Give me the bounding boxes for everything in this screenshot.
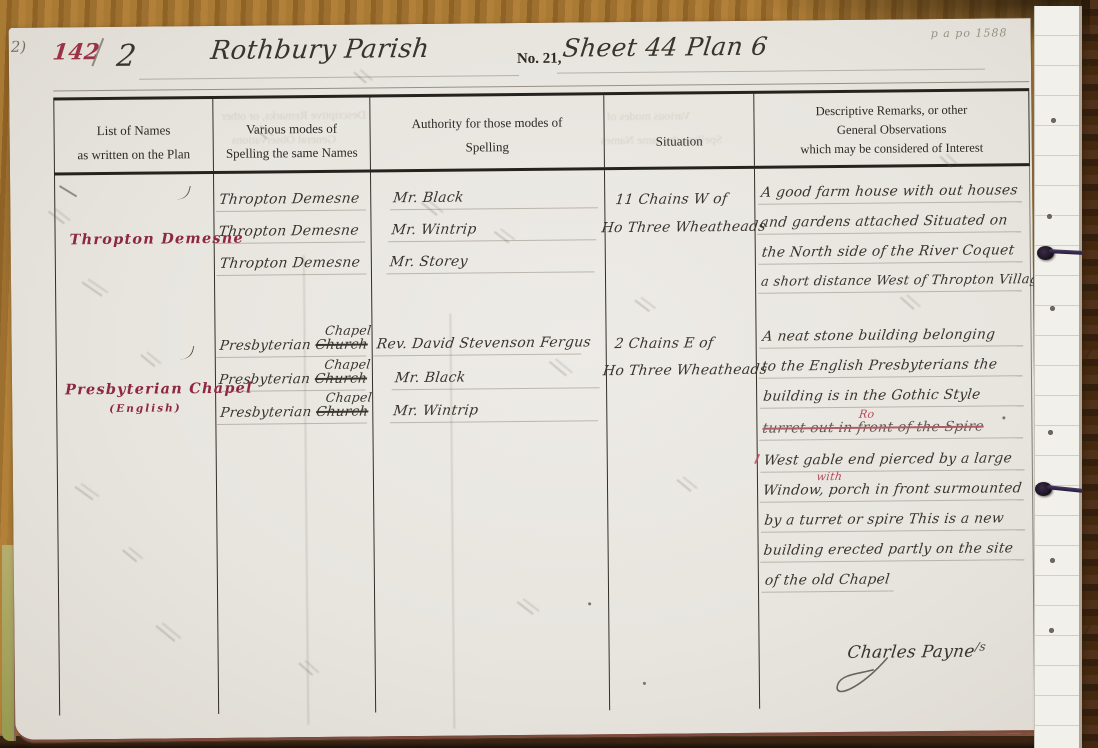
- binding-hole: [1047, 214, 1052, 219]
- remark-line: and gardens attached Situated on: [760, 212, 1009, 230]
- remark-line: Window, porch in front surmounted: [762, 480, 1023, 499]
- ink-speck: [588, 602, 591, 605]
- authority-entry: Mr. Black: [392, 190, 464, 207]
- ink-speck: [878, 653, 881, 656]
- signature-flourish: [830, 655, 910, 702]
- insertion-word: Ro: [858, 408, 875, 421]
- page-number-pencil: 2): [11, 38, 27, 56]
- remarks-column: A good farm house with out houses and ga…: [755, 166, 1035, 709]
- names-column: Thropton Demesne Presbyterian Chapel (En…: [54, 174, 219, 716]
- correction-word: Chapel: [325, 389, 373, 404]
- spelling-entry: Thropton Demesne: [219, 255, 361, 272]
- hook-arrow: [177, 343, 194, 362]
- header-baseline-rule: [139, 75, 519, 80]
- binding-hole: [1049, 628, 1054, 633]
- spelling-entry: Presbyterian: [219, 337, 312, 354]
- remark-line: the North side of the River Coquet: [761, 242, 1015, 260]
- binding-hole: [1050, 558, 1055, 563]
- situation-entry: 11 Chains W of: [614, 191, 728, 208]
- spelling-entry: Presbyterian: [218, 371, 311, 388]
- binding-hole: [1048, 430, 1053, 435]
- column-header-names: List of Names as written on the Plan: [53, 99, 214, 173]
- authority-column: Mr. Black Mr. Wintrip Mr. Storey Rev. Da…: [371, 170, 610, 712]
- struck-word: Church: [315, 336, 369, 353]
- name-book-table: List of Names as written on the Plan Var…: [53, 88, 1035, 715]
- remark-line: by a turret or spire This is a new: [763, 510, 1004, 528]
- binding-strip: [1034, 6, 1082, 748]
- insertion-word: with: [816, 470, 843, 483]
- binding-thread: [1047, 485, 1083, 493]
- binding-hole: [1050, 306, 1055, 311]
- spelling-column: Thropton Demesne Thropton Demesne Thropt…: [214, 172, 376, 713]
- sheet-baseline-rule: [557, 69, 985, 74]
- parish-title: Rothbury Parish: [209, 34, 431, 66]
- column-header-spelling: Various modes of Spelling the same Names…: [213, 97, 371, 171]
- situation-entry: 2 Chains E of: [614, 335, 715, 352]
- scan-photo-background: { "page_header": { "corner_note": "2)", …: [0, 0, 1098, 748]
- situation-column: 11 Chains W of Ho Three Wheatheads 2 Cha…: [605, 169, 760, 710]
- authority-entry: Mr. Black: [394, 370, 466, 387]
- signature-suffix: /s: [974, 640, 986, 654]
- correction-word: Chapel: [324, 322, 372, 337]
- struck-word: Church: [314, 371, 368, 388]
- column-header-situation: Situation Various modes of Spelling the …: [604, 94, 755, 167]
- remark-line: to the English Presbyterians the: [761, 356, 998, 374]
- remark-line: West gable end pierced by a large: [763, 450, 1013, 468]
- survey-pencil-note: p a po 1588: [931, 26, 1008, 40]
- table-header-row: List of Names as written on the Plan Var…: [53, 88, 1030, 175]
- table-body: Thropton Demesne Presbyterian Chapel (En…: [54, 166, 1035, 715]
- spelling-entry: Thropton Demesne: [218, 191, 360, 208]
- ditto-flourish: 2: [115, 39, 138, 74]
- place-name-note: (English): [109, 402, 182, 415]
- remark-line: building erected partly on the site: [763, 540, 1014, 558]
- correction-word: Chapel: [324, 356, 372, 371]
- remark-line: A neat stone building belonging: [762, 326, 996, 344]
- hook-arrow: [174, 183, 191, 202]
- authority-entry: Mr. Storey: [389, 254, 469, 271]
- remark-line: of the old Chapel: [764, 571, 891, 588]
- struck-word: Church: [315, 403, 369, 420]
- situation-entry: Ho Three Wheatheads: [602, 362, 768, 380]
- ink-speck: [1002, 416, 1005, 419]
- sheet-plan-entry: Sheet 44 Plan 6: [561, 32, 769, 63]
- column-header-remarks: Descriptive Remarks, or other General Ob…: [754, 91, 1030, 166]
- situation-entry: Ho Three Wheatheads: [601, 219, 767, 237]
- authority-entry: Mr. Wintrip: [391, 221, 478, 238]
- authority-entry: Mr. Wintrip: [392, 402, 479, 419]
- column-header-authority: Authority for those modes of Spelling: [370, 95, 605, 169]
- remark-line: building is in the Gothic Style: [762, 387, 981, 405]
- form-number-label: No. 21,: [517, 51, 562, 68]
- remark-line: A good farm house with out houses: [760, 182, 1018, 200]
- pencil-slash: [59, 185, 77, 197]
- spelling-entry: Thropton Demesne: [218, 223, 360, 240]
- binding-thread: [1049, 249, 1083, 255]
- remark-line: a short distance West of Thropton Villag…: [760, 272, 1047, 290]
- ink-speck: [643, 682, 646, 685]
- authority-entry: Rev. David Stevenson Fergus: [376, 334, 592, 352]
- spelling-entry: Presbyterian: [219, 404, 312, 421]
- binding-hole: [1051, 118, 1056, 123]
- strikethrough-remark: turret out in front of the Spire: [762, 419, 985, 437]
- document-page: 2) 142 2 Rothbury Parish No. 21, Sheet 4…: [9, 18, 1038, 743]
